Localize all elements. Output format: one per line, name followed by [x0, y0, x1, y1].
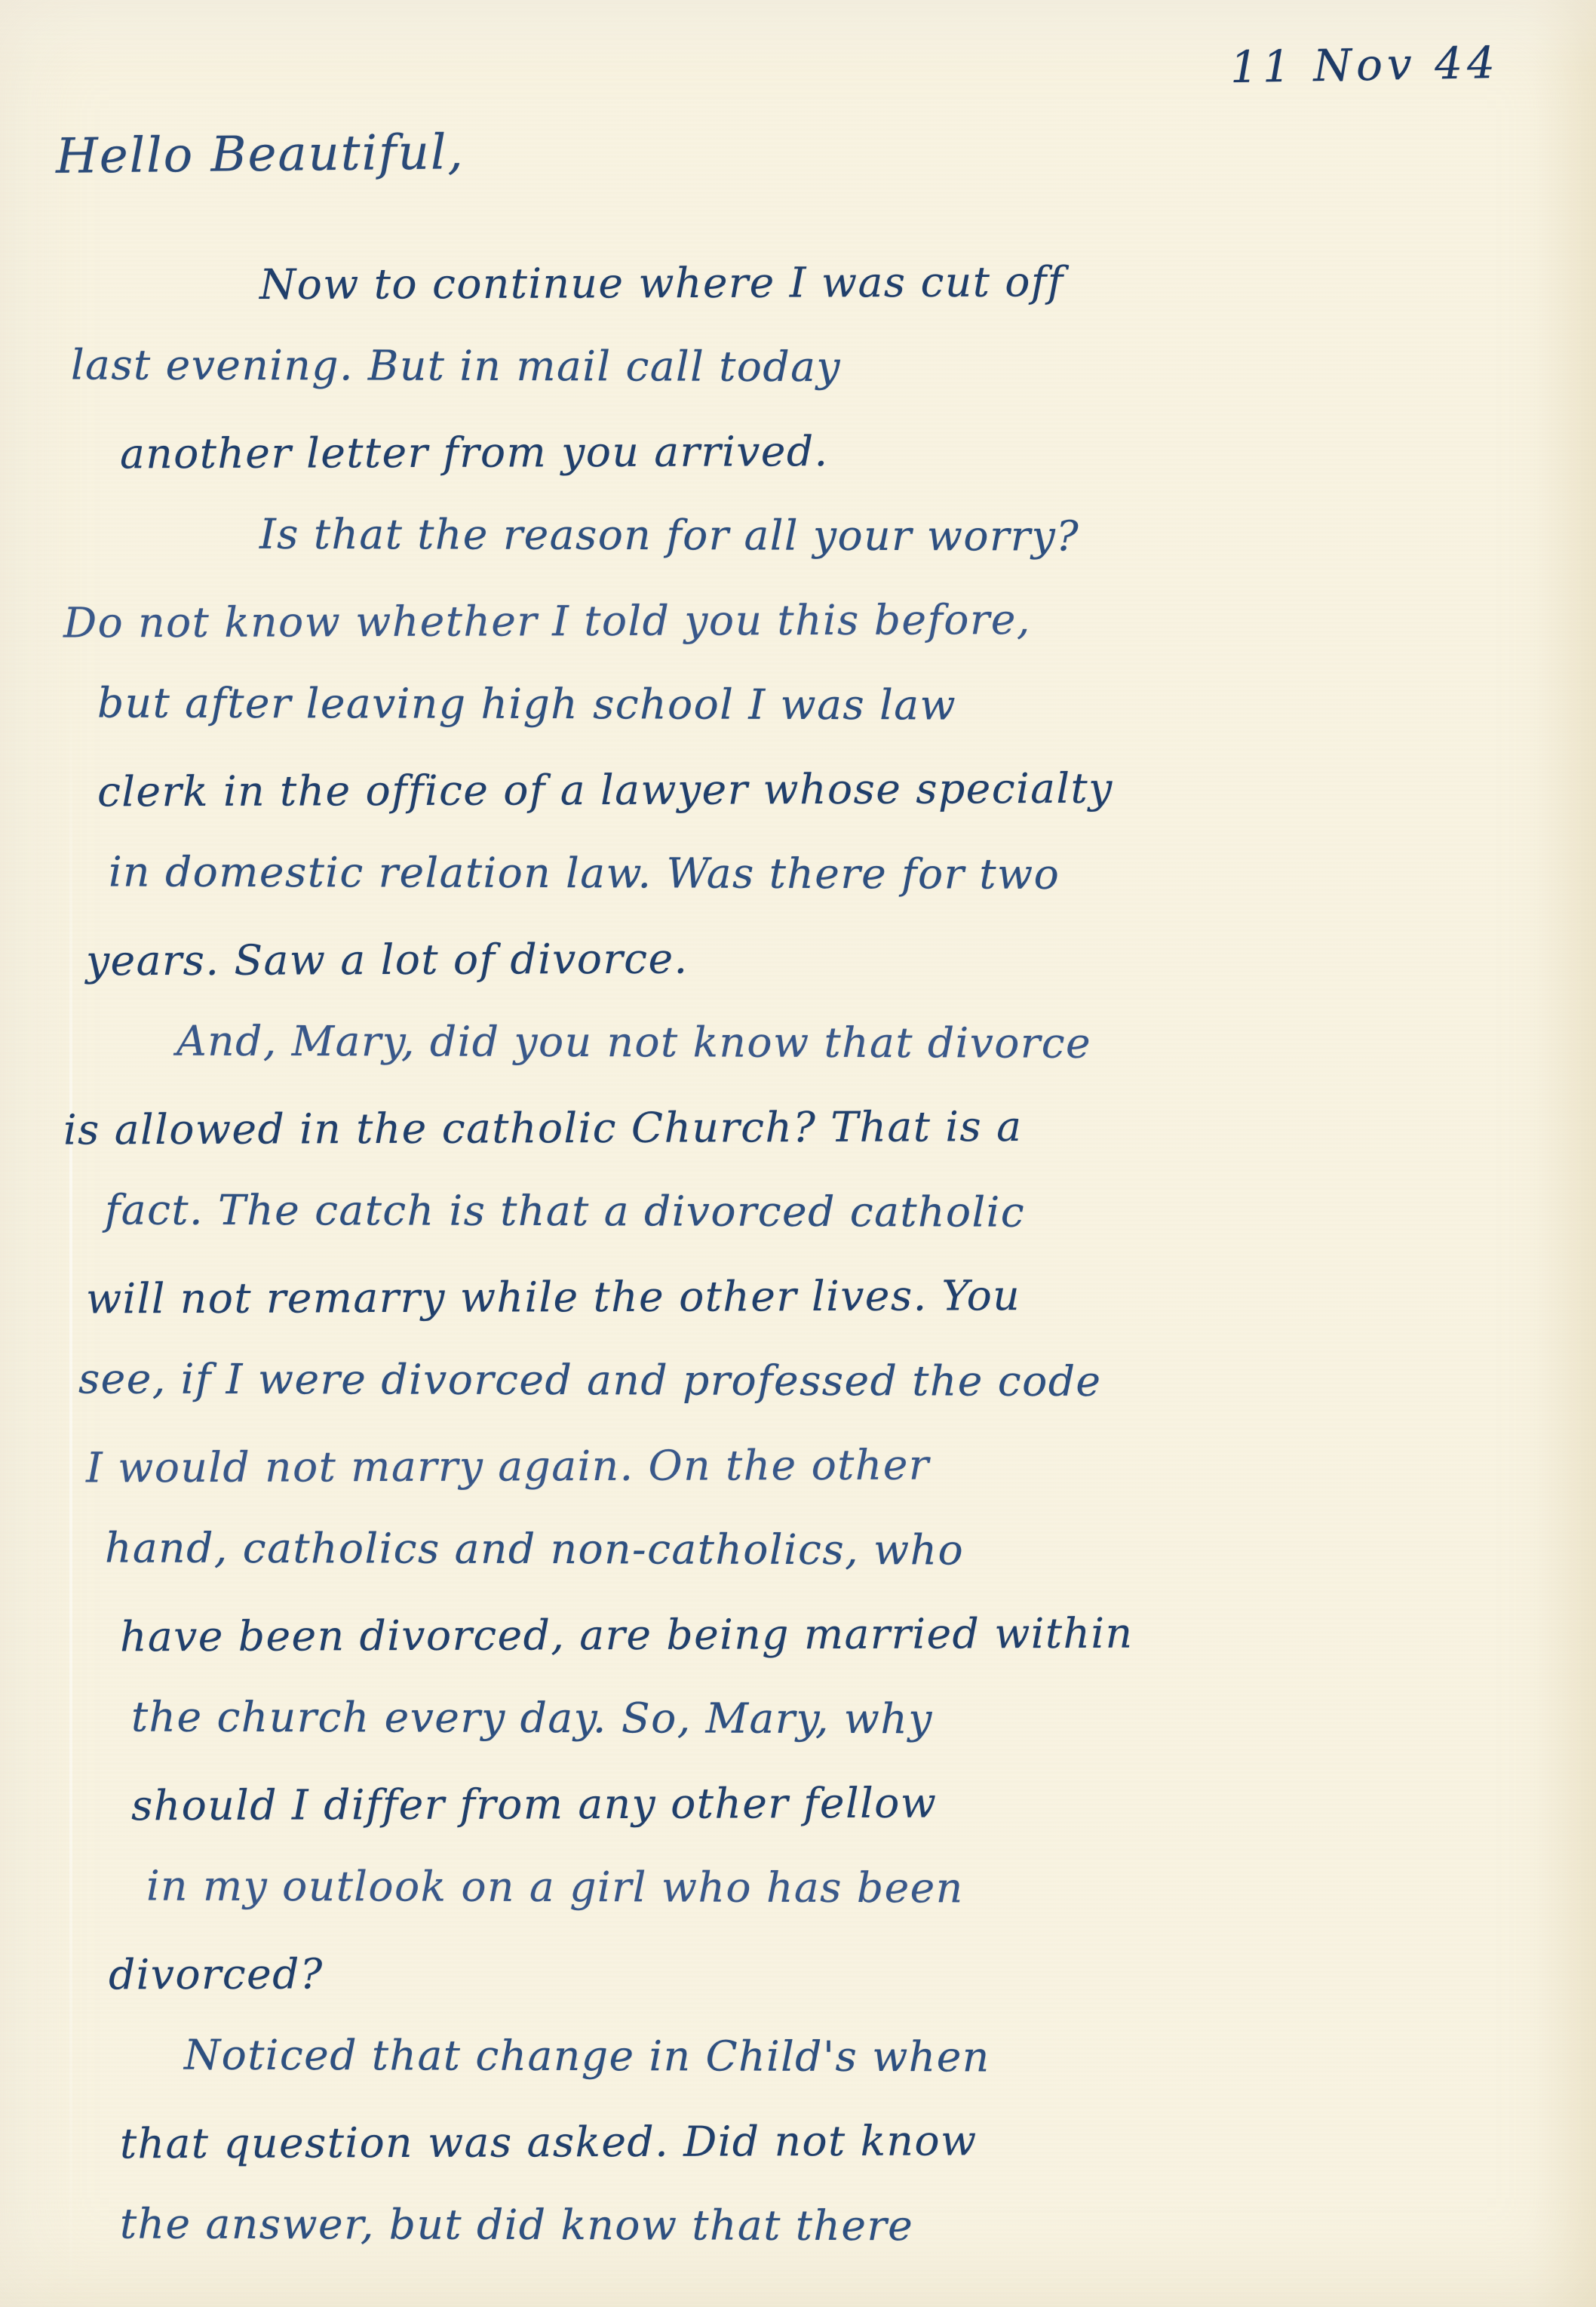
letter-line: see, if I were divorced and professed th…	[78, 1336, 1555, 1424]
letter-line: Do not know whether I told you this befo…	[63, 576, 1555, 665]
letter-line: Noticed that change in Child's when	[184, 2013, 1555, 2101]
salutation: Hello Beautiful,	[56, 124, 465, 185]
letter-line: that question was asked. Did not know	[120, 2097, 1555, 2186]
letter-line: clerk in the office of a lawyer whose sp…	[97, 745, 1555, 834]
letter-line: have been divorced, are being married wi…	[120, 1590, 1555, 1679]
letter-line: divorced?	[109, 1928, 1555, 2017]
letter-line: should I differ from any other fellow	[131, 1759, 1555, 1848]
letter-line: but after leaving high school I was law	[97, 660, 1555, 748]
letter-line: in domestic relation law. Was there for …	[109, 829, 1555, 917]
letter-line: Now to continue where I was cut off	[259, 238, 1555, 327]
letter-line: years. Saw a lot of divorce.	[86, 914, 1555, 1003]
letter-date: 11 Nov 44	[1230, 37, 1500, 93]
letter-line: in my outlook on a girl who has been	[146, 1844, 1555, 1932]
letter-page: 11 Nov 44 Hello Beautiful, Now to contin…	[0, 0, 1596, 2307]
letter-line: hand, catholics and non-catholics, who	[105, 1505, 1555, 1593]
letter-line: last evening. But in mail call today	[71, 322, 1555, 410]
letter-line: And, Mary, did you not know that divorce	[176, 999, 1555, 1087]
letter-line: I would not marry again. On the other	[86, 1421, 1555, 1510]
letter-line: the answer, but did know that there	[120, 2182, 1555, 2270]
letter-line: Is that the reason for all your worry?	[259, 492, 1555, 579]
letter-line: the church every day. So, Mary, why	[131, 1675, 1555, 1763]
letter-body: Now to continue where I was cut off last…	[63, 240, 1555, 2268]
letter-line: is allowed in the catholic Church? That …	[63, 1083, 1555, 1172]
letter-line: another letter from you arrived.	[120, 407, 1555, 496]
letter-line: will not remarry while the other lives. …	[86, 1252, 1555, 1341]
letter-line: fact. The catch is that a divorced catho…	[105, 1167, 1555, 1255]
